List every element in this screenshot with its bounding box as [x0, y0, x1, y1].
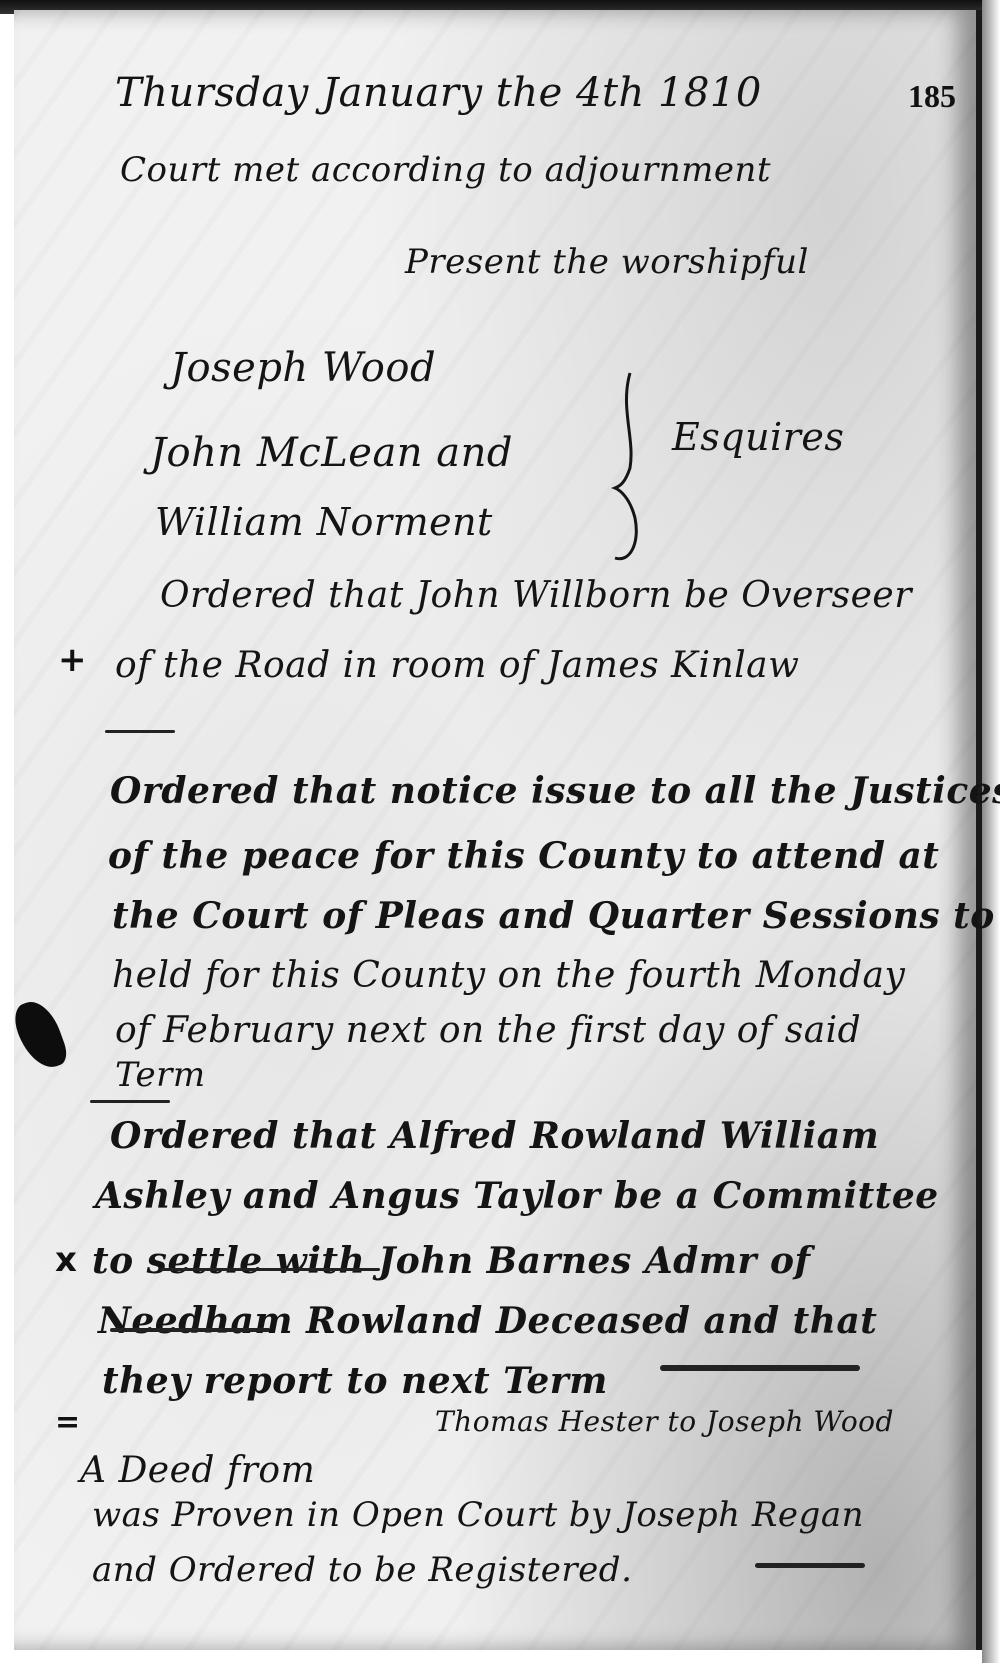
- opening-line: Court met according to adjournment: [120, 150, 771, 190]
- strikethrough-mark: [110, 1328, 270, 1332]
- page-number: 185: [908, 78, 956, 115]
- justice-name: John McLean and: [150, 430, 513, 476]
- entry-line: held for this County on the fourth Monda…: [112, 955, 905, 996]
- scan-right-border: [982, 0, 1000, 1663]
- justice-name: William Norment: [155, 500, 493, 544]
- entry-line: to settle with John Barnes Admr of: [92, 1240, 810, 1282]
- justice-name: Joseph Wood: [170, 345, 436, 391]
- entry-line: Ordered that John Willborn be Overseer: [160, 575, 912, 616]
- entry-line: A Deed from: [80, 1450, 315, 1491]
- entry-line: was Proven in Open Court by Joseph Regan: [92, 1495, 864, 1535]
- interlinear-note: Thomas Hester to Joseph Wood: [435, 1405, 894, 1438]
- underline-mark: [105, 730, 175, 733]
- entry-line: and Ordered to be Registered.: [92, 1550, 632, 1590]
- separator-mark: [90, 1100, 170, 1103]
- strikethrough-mark: [160, 1268, 380, 1271]
- document-scan: 185 Thursday January the 4th 1810 Court …: [0, 0, 1000, 1663]
- date-line: Thursday January the 4th 1810: [115, 70, 762, 116]
- line-filler-mark: [755, 1563, 865, 1568]
- entry-line: the Court of Pleas and Quarter Sessions …: [112, 895, 1000, 937]
- margin-double-rule-mark: =: [55, 1405, 80, 1440]
- entry-line: they report to next Term: [102, 1360, 608, 1402]
- present-line: Present the worshipful: [405, 242, 809, 282]
- entry-line: of February next on the first day of sai…: [115, 1010, 861, 1051]
- justices-title: Esquires: [672, 415, 844, 459]
- entry-line: Ordered that notice issue to all the Jus…: [110, 770, 1000, 812]
- margin-cross-mark: +: [58, 640, 87, 680]
- entry-line: Ordered that Alfred Rowland William: [110, 1115, 879, 1157]
- line-filler-mark: [660, 1365, 860, 1371]
- margin-x-mark: x: [55, 1240, 77, 1280]
- entry-line: of the Road in room of James Kinlaw: [115, 645, 799, 686]
- entry-line: of the peace for this County to attend a…: [108, 835, 939, 877]
- entry-line: Term: [115, 1055, 206, 1095]
- entry-line: Ashley and Angus Taylor be a Committee: [95, 1175, 939, 1217]
- curly-brace-icon: [590, 368, 680, 568]
- entry-line: Needham Rowland Deceased and that: [98, 1300, 877, 1342]
